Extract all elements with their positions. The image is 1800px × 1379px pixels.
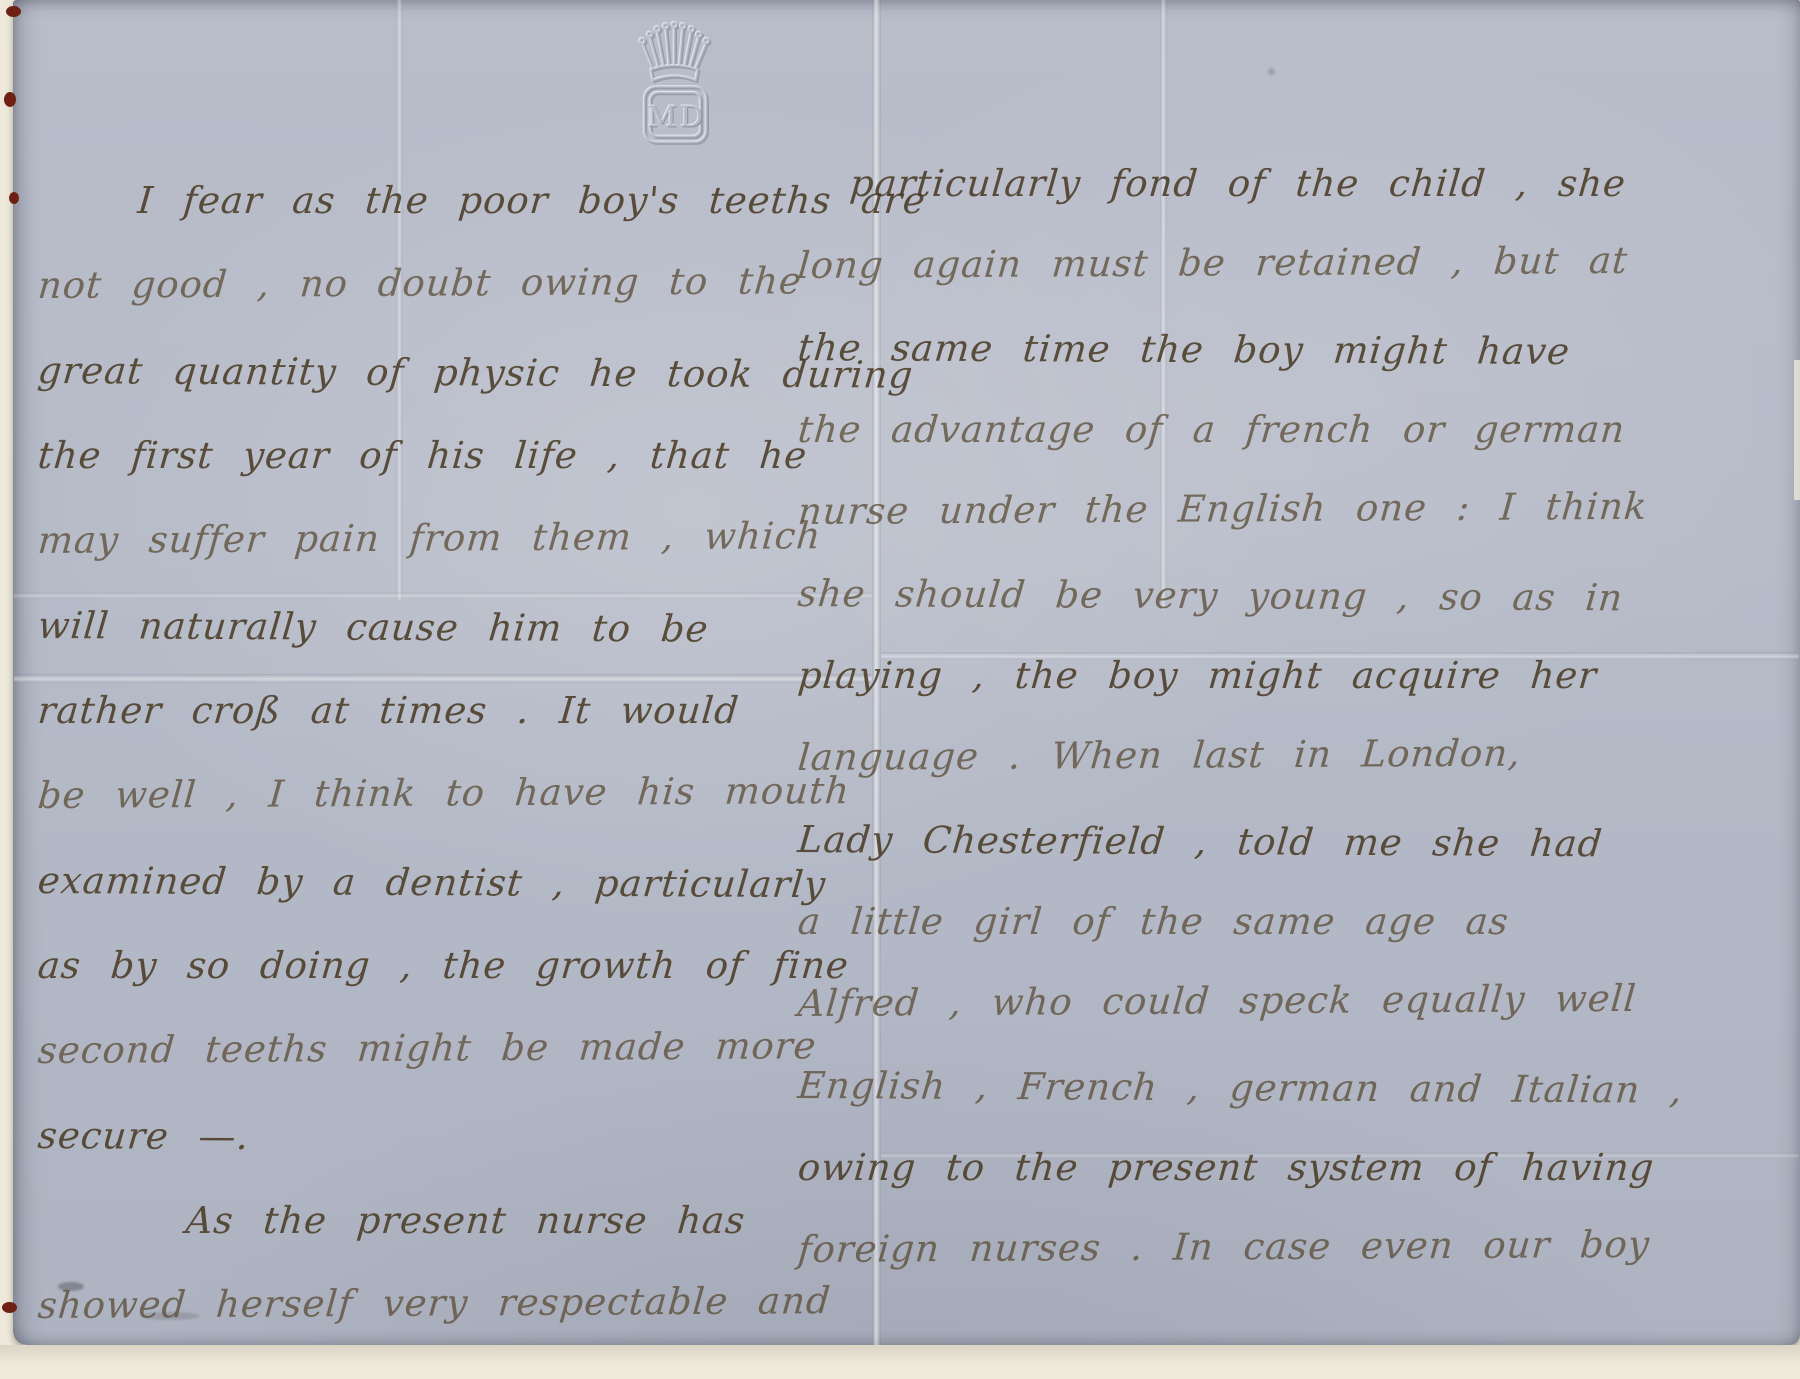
letter-line: great quantity of physic he took during bbox=[34, 328, 832, 417]
letter-line: the same time the boy might have bbox=[794, 307, 1611, 393]
letter-line: particularly fond of the child , she bbox=[794, 143, 1611, 225]
letter-line: nurse under the English one : I think bbox=[795, 466, 1612, 553]
letter-line: showed herself very respectable and bbox=[35, 1258, 832, 1348]
letter-line: As the present nurse has bbox=[34, 1178, 831, 1263]
letter-line: I fear as the poor boy's teeths are bbox=[34, 158, 831, 243]
left-page: I fear as the poor boy's teeths are not … bbox=[38, 158, 828, 1348]
coronet-monogram-icon: MD MD MD bbox=[620, 20, 738, 148]
ink-speck bbox=[4, 92, 16, 107]
letter-line: Alfred , who could speck equally well bbox=[795, 958, 1612, 1045]
letter-line: rather croß at times . It would bbox=[34, 668, 831, 753]
letter-line: language . When last in London, bbox=[795, 712, 1612, 799]
letter-line: examined by a dentist , particularly bbox=[34, 838, 832, 927]
letter-line: will naturally cause him to be bbox=[34, 583, 832, 672]
letter-line: may suffer pain from them , which bbox=[35, 493, 832, 583]
ink-speck bbox=[6, 6, 21, 17]
letter-line: playing , the boy might acquire her bbox=[794, 635, 1611, 717]
right-page: particularly fond of the child , she lon… bbox=[798, 143, 1608, 1291]
letter-line: she should be very young , so as in bbox=[794, 553, 1611, 639]
scan-background-strip bbox=[0, 1345, 1800, 1379]
letter-line: as by so doing , the growth of fine bbox=[34, 923, 831, 1008]
letter-line: foreign nurses . In case even our boy bbox=[795, 1204, 1612, 1291]
letter-line: the advantage of a french or german bbox=[794, 389, 1611, 471]
paper-edge-sliver bbox=[1794, 360, 1800, 500]
monogram-letters: MD bbox=[647, 100, 706, 134]
letter-line: long again must be retained , but at bbox=[795, 220, 1612, 307]
letter-line: be well , I think to have his mouth bbox=[35, 748, 832, 838]
letter-line: second teeths might be made more bbox=[35, 1003, 832, 1093]
letter-line: secure —. bbox=[34, 1093, 832, 1182]
letter-line: the first year of his life , that he bbox=[34, 413, 831, 498]
ink-speck bbox=[9, 192, 19, 204]
letter-line: owing to the present system of having bbox=[794, 1127, 1611, 1209]
letter-line: a little girl of the same age as bbox=[794, 881, 1611, 963]
letter-line: English , French , german and Italian , bbox=[794, 1045, 1611, 1131]
embossed-crest: MD MD MD bbox=[620, 20, 738, 148]
ink-speck bbox=[2, 1302, 17, 1313]
smudge-mark bbox=[1268, 68, 1275, 75]
letter-line: not good , no doubt owing to the bbox=[35, 238, 832, 328]
letter-line: Lady Chesterfield , told me she had bbox=[794, 799, 1611, 885]
scanned-letter: MD MD MD I fear as the poor boy's teeths… bbox=[0, 0, 1800, 1379]
